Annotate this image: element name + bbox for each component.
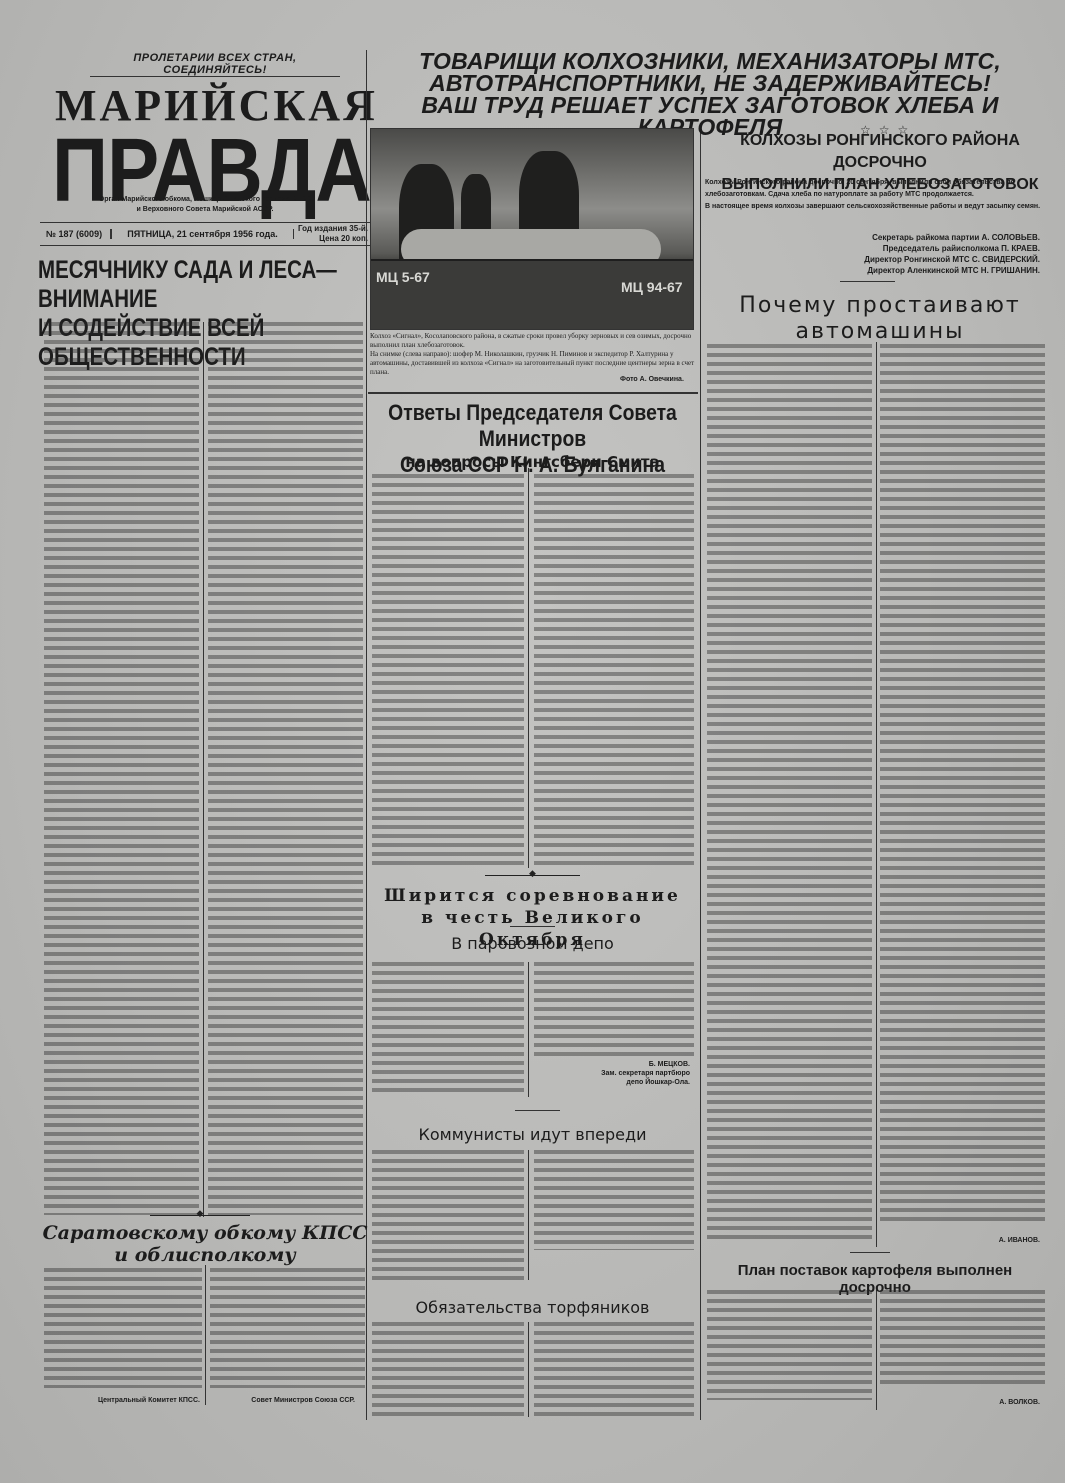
- peat-text-col2: [534, 1322, 694, 1417]
- organ-line-2: и Верховного Совета Марийской АССР.: [90, 205, 320, 215]
- ornament-divider: [485, 875, 580, 876]
- saratov-headline: Саратовскому обкому КПСС и облисполкому: [40, 1222, 370, 1266]
- photo-caption-1: Колхоз «Сигнал», Косолаповского района, …: [370, 332, 695, 350]
- column-rule: [528, 962, 529, 1097]
- depot-signature-title: Зам. секретаря партбюро: [560, 1069, 690, 1078]
- signer: Председатель райисполкома П. КРАЕВ.: [850, 243, 1040, 254]
- signer: Секретарь райкома партии А. СОЛОВЬЕВ.: [850, 232, 1040, 243]
- depot-text-col2: [534, 962, 694, 1057]
- lead-headline-line-1: МЕСЯЧНИКУ САДА И ЛЕСА—ВНИМАНИЕ: [38, 256, 370, 314]
- kolkhoz-text-para-2: В настоящее время колхозы завершают сель…: [705, 201, 1045, 213]
- bulganin-subheadline: на вопросы Кингсбери Смита: [365, 453, 700, 471]
- bulganin-headline-line-1: Ответы Председателя Совета Министров: [385, 400, 680, 452]
- saratov-text-col1: [44, 1268, 202, 1388]
- trucks-text-col1: [707, 344, 872, 1244]
- bulganin-text-col2: [534, 474, 694, 866]
- photo-caption: Колхоз «Сигнал», Косолаповского района, …: [370, 332, 695, 377]
- trucks-signature: А. ИВАНОВ.: [960, 1236, 1040, 1245]
- banner-line-2: АВТОТРАНСПОРТНИКИ, НЕ ЗАДЕРЖИВАЙТЕСЬ!: [370, 72, 1050, 94]
- lead-article-text-col2: [208, 322, 363, 1215]
- short-rule: [850, 1252, 890, 1253]
- lead-article-text-col1: [44, 322, 199, 1215]
- trucks-headline-line-2: автомашины: [720, 319, 1040, 345]
- potato-plan-signature: А. ВОЛКОВ.: [960, 1398, 1040, 1407]
- year-of-publication: Год издания 35-й.: [294, 224, 368, 234]
- saratov-signature-left: Центральный Комитет КПСС.: [60, 1396, 200, 1405]
- banner-headline: ТОВАРИЩИ КОЛХОЗНИКИ, МЕХАНИЗАТОРЫ МТС, А…: [370, 50, 1050, 138]
- column-rule: [876, 342, 877, 1247]
- kolkhoz-headline-line-1: КОЛХОЗЫ РОНГИНСКОГО РАЙОНА ДОСРОЧНО: [715, 130, 1045, 174]
- trucks-headline: Почему простаивают автомашины: [720, 293, 1040, 345]
- potato-plan-text-col1: [707, 1290, 872, 1400]
- depot-signature: Б. МЕЦКОВ. Зам. секретаря партбюро депо …: [560, 1060, 690, 1087]
- short-rule: [515, 1110, 560, 1111]
- depot-signature-place: депо Йошкар-Ола.: [560, 1078, 690, 1087]
- photo-figure: [461, 174, 491, 234]
- kolkhoz-text: Колхозы Ронгинского района досрочно, 20 …: [705, 177, 1045, 213]
- photo-credit: Фото А. Овечкина.: [620, 376, 684, 383]
- depot-text-col1: [372, 962, 524, 1097]
- competition-headline-line-1: Ширится соревнование: [365, 885, 700, 907]
- column-rule: [876, 1290, 877, 1410]
- communists-headline: Коммунисты идут впереди: [365, 1125, 700, 1144]
- truck-plate-right: МЦ 94-67: [621, 279, 683, 295]
- issue-number: № 187 (6009): [40, 229, 112, 239]
- masthead-infobar: № 187 (6009) ПЯТНИЦА, 21 сентября 1956 г…: [40, 222, 370, 246]
- trucks-headline-line-1: Почему простаивают: [720, 293, 1040, 319]
- masthead-slogan: ПРОЛЕТАРИИ ВСЕХ СТРАН, СОЕДИНЯЙТЕСЬ!: [90, 52, 340, 77]
- kolkhoz-text-para-1: Колхозы Ронгинского района досрочно, 20 …: [705, 177, 1045, 201]
- photo-caption-2: На снимке (слева направо): шофер М. Нико…: [370, 350, 695, 377]
- saratov-text-col2: [210, 1268, 365, 1388]
- column-rule: [528, 1322, 529, 1417]
- short-rule: [840, 281, 895, 282]
- price: Цена 20 коп.: [294, 234, 368, 244]
- column-rule: [700, 130, 701, 1420]
- saratov-headline-line-2: и облисполкому: [40, 1244, 370, 1266]
- peat-text-col1: [372, 1322, 524, 1417]
- trucks-text-col2: [880, 344, 1045, 1224]
- depot-headline: В паровозном депо: [365, 934, 700, 953]
- communists-text-col1: [372, 1150, 524, 1280]
- signer: Директор Ронгинской МТС С. СВИДЕРСКИЙ.: [850, 254, 1040, 265]
- banner-line-1: ТОВАРИЩИ КОЛХОЗНИКИ, МЕХАНИЗАТОРЫ МТС,: [370, 50, 1050, 72]
- ornament-divider: [150, 1215, 250, 1216]
- saratov-signature-right: Совет Министров Союза ССР.: [215, 1396, 355, 1405]
- potato-plan-text-col2: [880, 1290, 1045, 1385]
- peat-headline: Обязательства торфяников: [365, 1298, 700, 1317]
- signer: Директор Аленкинской МТС Н. ГРИШАНИН.: [850, 265, 1040, 276]
- issue-price: Год издания 35-й. Цена 20 коп.: [294, 224, 370, 244]
- masthead-organ: Орган Марийского обкома, Йошкар-Олинског…: [90, 195, 320, 215]
- news-photo: МЦ 5-67 МЦ 94-67: [370, 128, 694, 330]
- column-rule: [203, 322, 204, 1217]
- short-rule: [510, 926, 555, 927]
- truck-plate-left: МЦ 5-67: [376, 269, 430, 285]
- depot-signature-name: Б. МЕЦКОВ.: [560, 1060, 690, 1069]
- kolkhoz-signers: Секретарь райкома партии А. СОЛОВЬЕВ. Пр…: [850, 232, 1040, 276]
- saratov-headline-line-1: Саратовскому обкому КПСС: [40, 1222, 370, 1244]
- issue-date: ПЯТНИЦА, 21 сентября 1956 года.: [112, 229, 294, 239]
- organ-line-1: Орган Марийского обкома, Йошкар-Олинског…: [90, 195, 320, 205]
- communists-text-col2: [534, 1150, 694, 1250]
- section-rule: [368, 392, 698, 394]
- bulganin-text-col1: [372, 474, 524, 866]
- newspaper-page: ПРОЛЕТАРИИ ВСЕХ СТРАН, СОЕДИНЯЙТЕСЬ! МАР…: [0, 0, 1065, 1483]
- column-rule: [205, 1265, 206, 1405]
- column-rule: [528, 468, 529, 868]
- column-rule: [528, 1150, 529, 1280]
